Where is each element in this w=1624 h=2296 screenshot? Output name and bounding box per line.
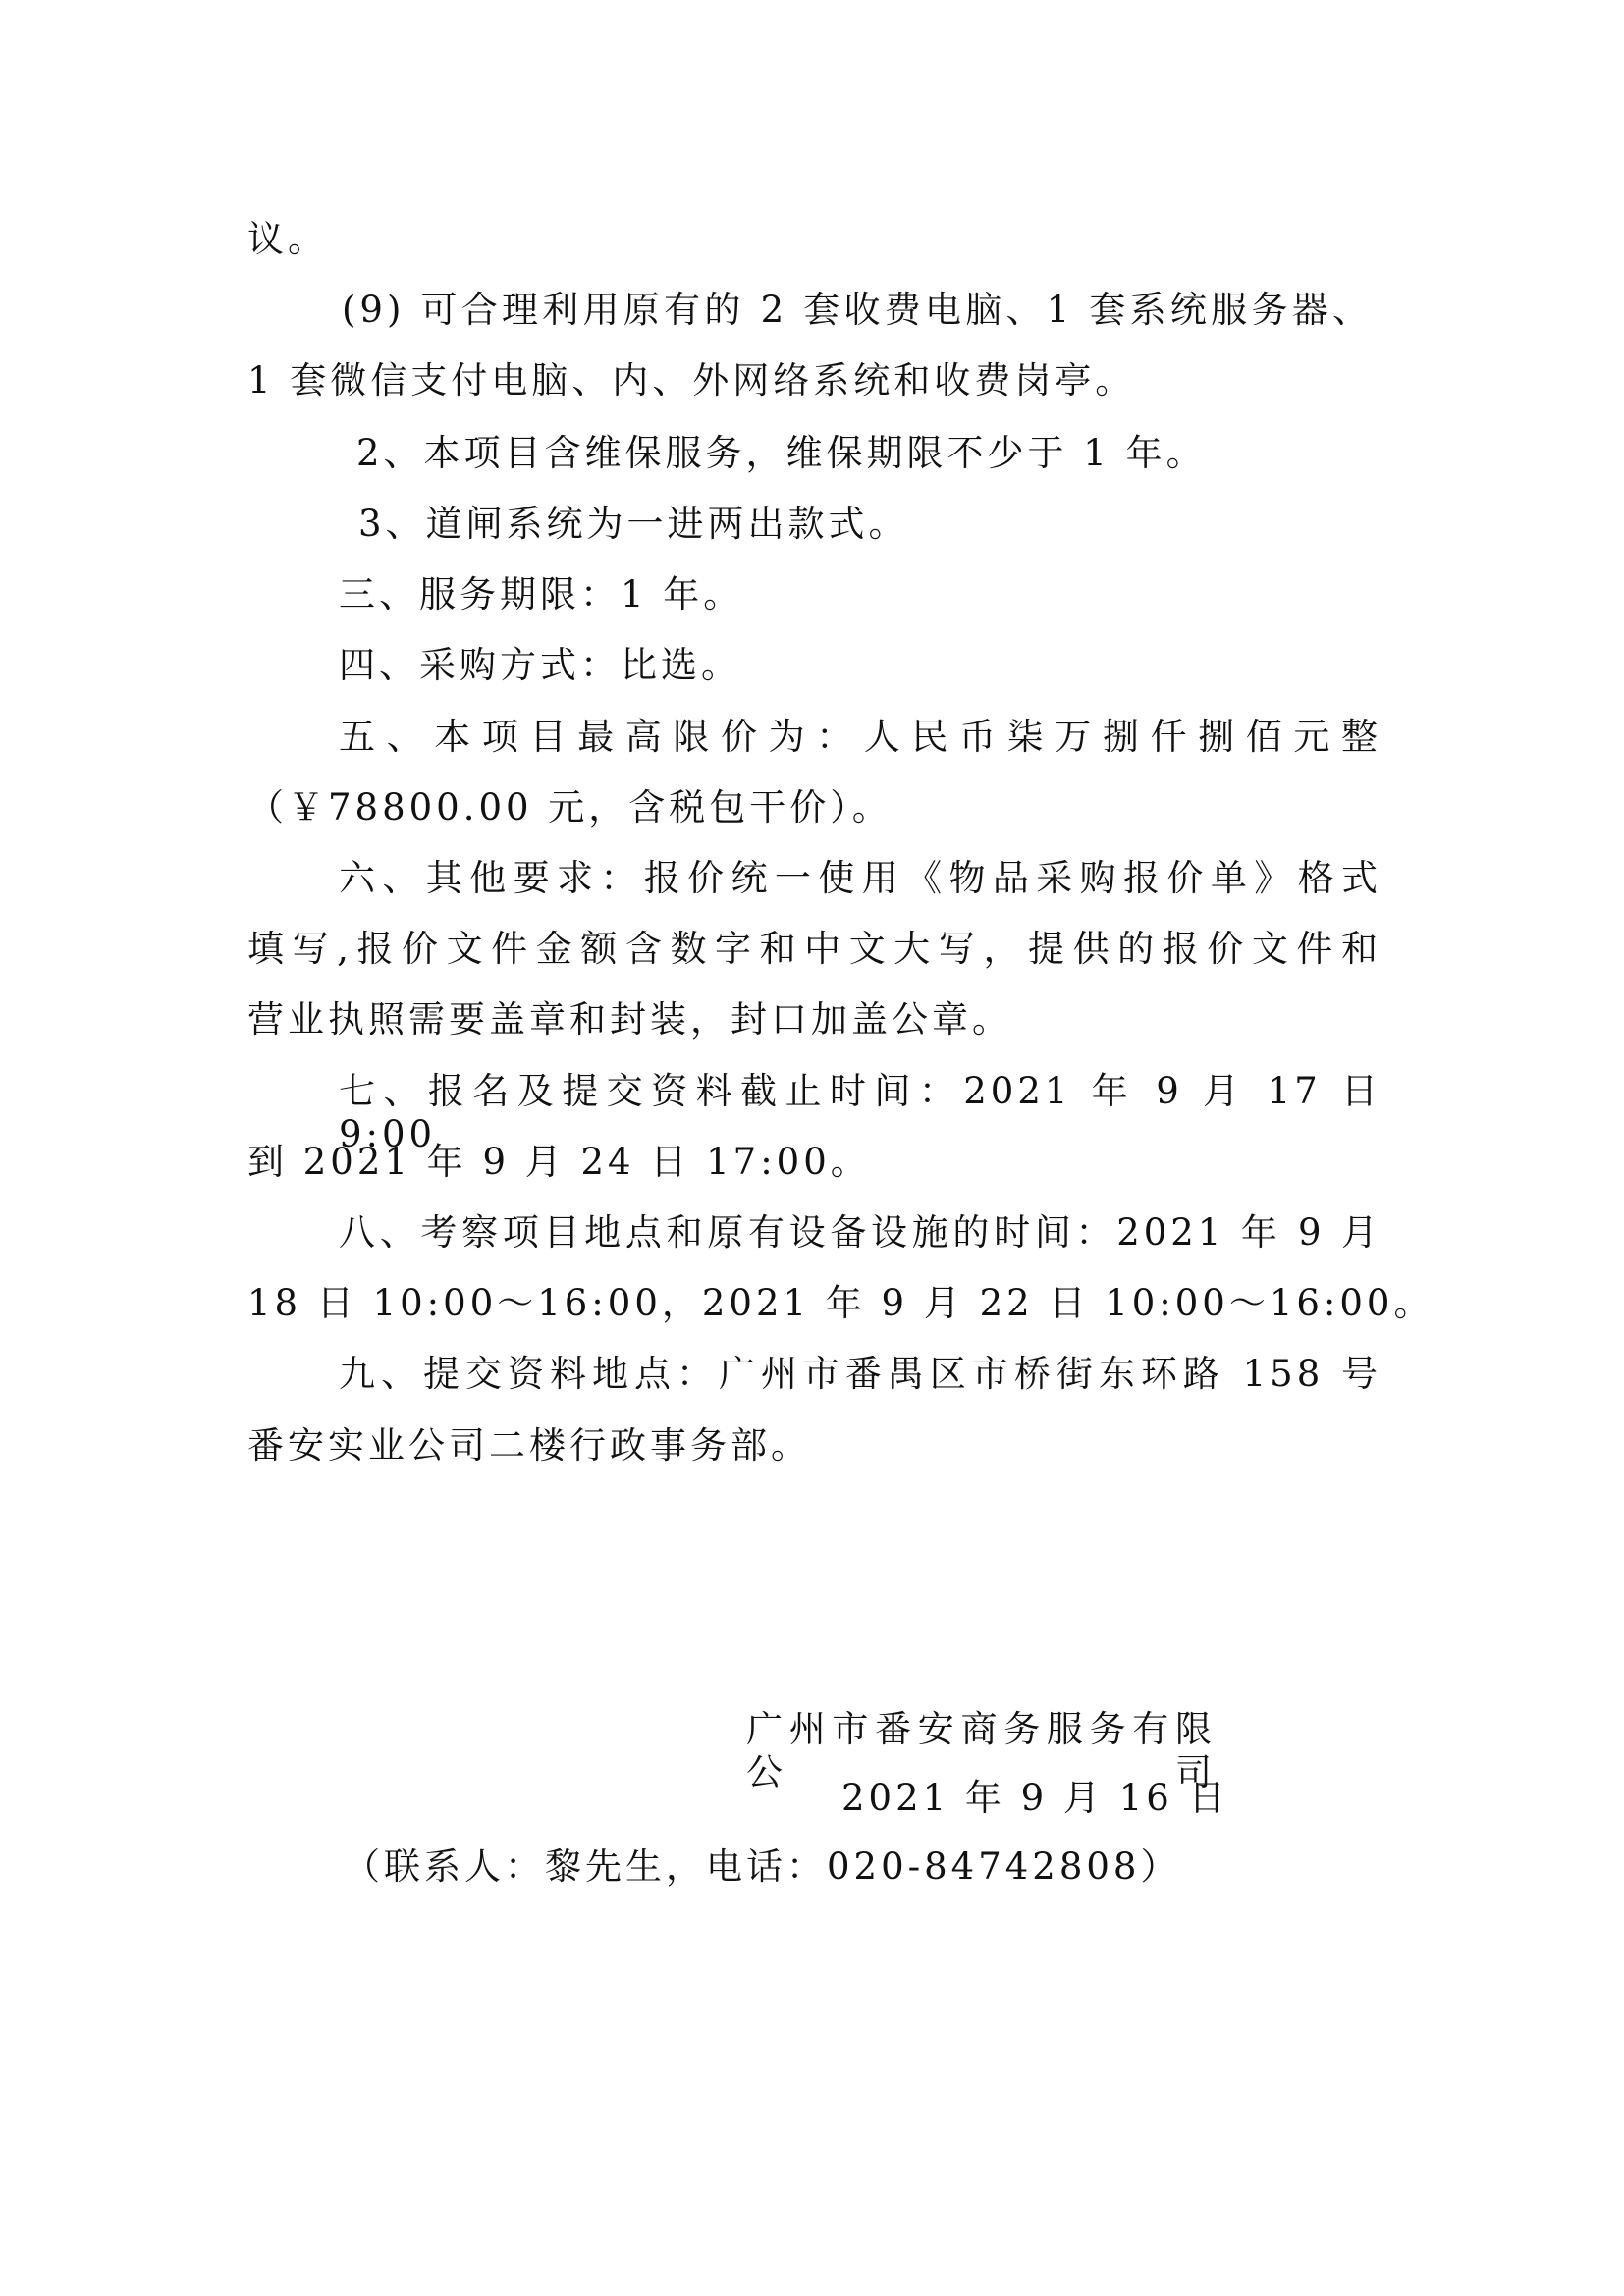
section-9-line-2-address: 番安实业公司二楼行政事务部。 xyxy=(247,1424,811,1468)
section-8-line-2-inspection-times: 18 日 10:00～16:00，2021 年 9 月 22 日 10:00～1… xyxy=(247,1282,1434,1325)
signature-date: 2021 年 9 月 16 日 xyxy=(841,1777,1229,1820)
section-9-line-1-address: 九、提交资料地点：广州市番禺区市桥街东环路 158 号 xyxy=(339,1353,1381,1396)
section-3-service-period: 三、服务期限：1 年。 xyxy=(339,573,743,616)
section-8-line-1-inspection: 八、考察项目地点和原有设备设施的时间：2021 年 9 月 xyxy=(339,1211,1381,1255)
section-7-line-2-deadline: 到 2021 年 9 月 24 日 17:00。 xyxy=(247,1141,871,1184)
item-9-line-1: (9) 可合理利用原有的 2 套收费电脑、1 套系统服务器、 xyxy=(342,289,1373,332)
point-3-text: 3、道闸系统为一进两出款式。 xyxy=(358,503,909,546)
point-2-text: 2、本项目含维保服务，维保期限不少于 1 年。 xyxy=(356,432,1207,475)
section-5-line-2-price: （￥78800.00 元，含税包干价）。 xyxy=(247,786,893,829)
section-6-line-1: 六、其他要求：报价统一使用《物品采购报价单》格式 xyxy=(339,857,1381,900)
section-5-line-1: 五、本项目最高限价为：人民币柒万捌仟捌佰元整 xyxy=(339,716,1381,759)
section-4-procurement-method: 四、采购方式：比选。 xyxy=(339,644,741,687)
item-9-line-2: 1 套微信支付电脑、内、外网络系统和收费岗亭。 xyxy=(247,359,1135,402)
document-page: 议。 (9) 可合理利用原有的 2 套收费电脑、1 套系统服务器、 1 套微信支… xyxy=(0,0,1624,2296)
contact-info: （联系人：黎先生，电话：020-84742808） xyxy=(344,1845,1180,1889)
section-6-line-3: 营业执照需要盖章和封装，封口加盖公章。 xyxy=(247,998,1012,1041)
section-6-line-2: 填写,报价文件金额含数字和中文大写，提供的报价文件和 xyxy=(247,928,1381,971)
continuation-text: 议。 xyxy=(247,218,328,261)
